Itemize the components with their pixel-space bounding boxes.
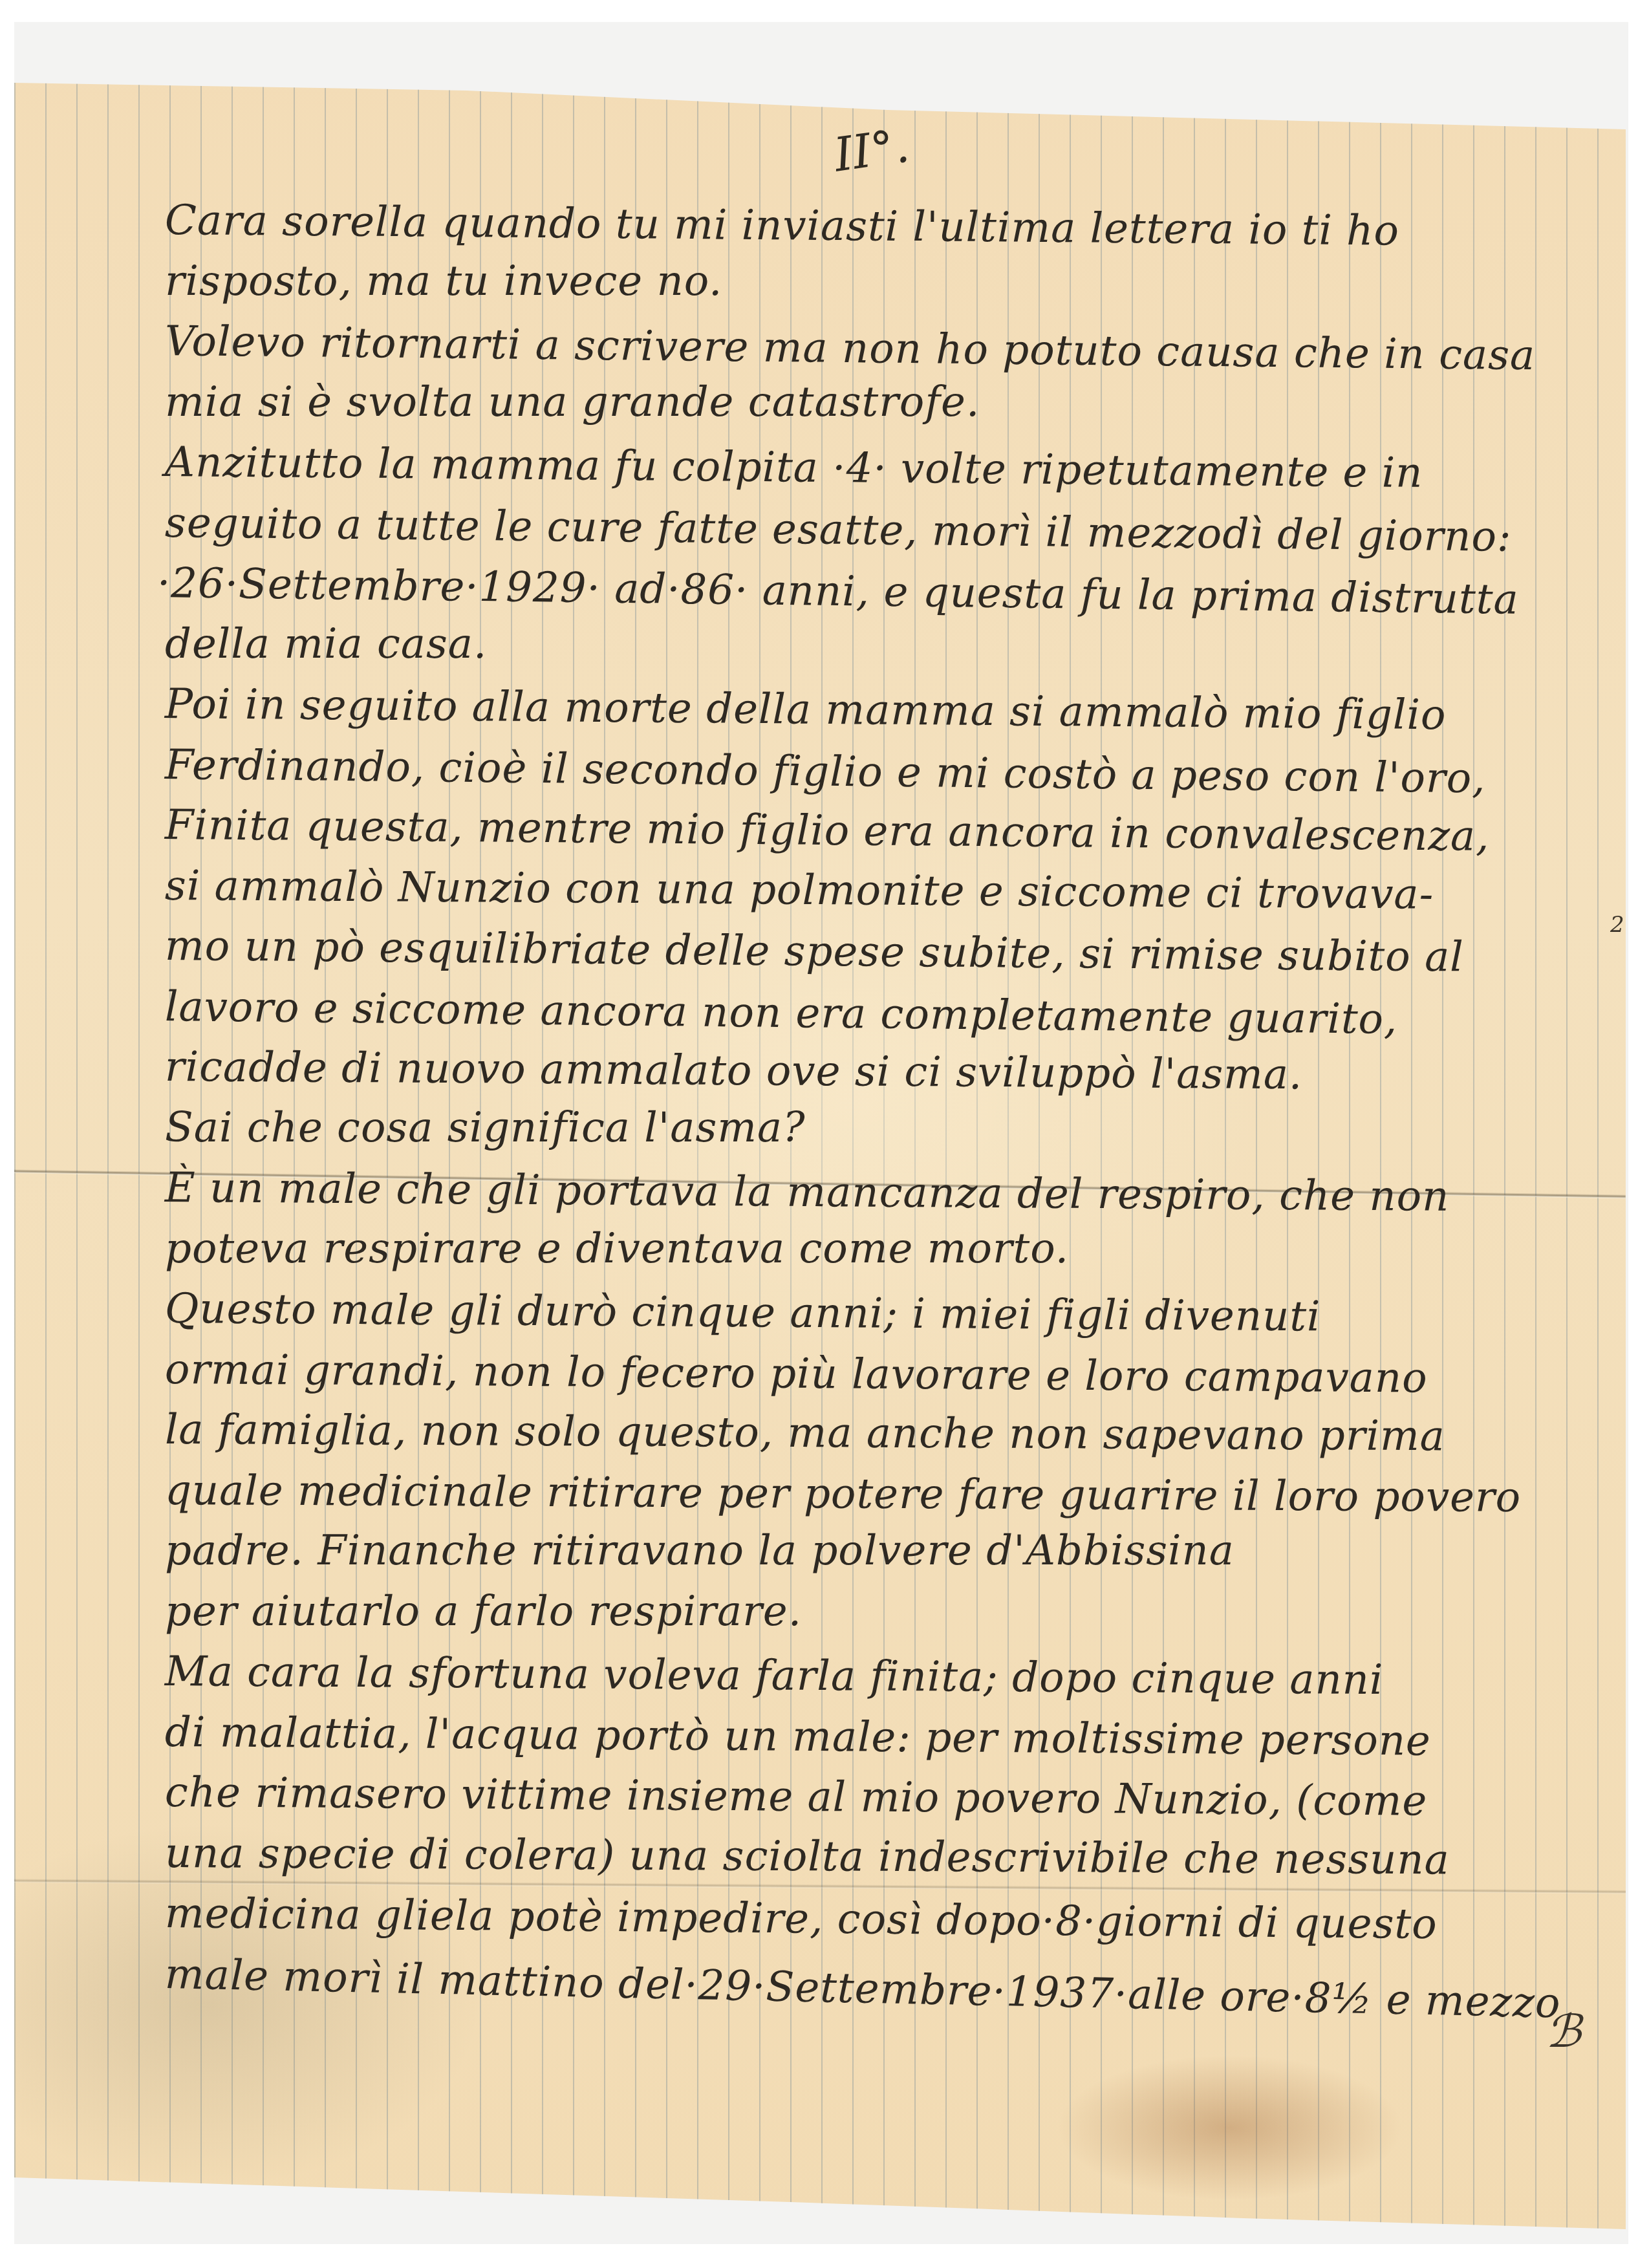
letter-line: la famiglia, non solo questo, ma anche n… (165, 1400, 1626, 1468)
letter-line: quale medicinale ritirare per potere far… (165, 1461, 1626, 1529)
letter-line: si ammalò Nunzio con una polmonite e sic… (165, 856, 1627, 927)
letter-line: che rimasero vittime insieme al mio pove… (165, 1763, 1627, 1833)
letter-line: Anzitutto la mamma fu colpita ·4· volte … (165, 433, 1627, 506)
letter-line: Questo male gli durò cinque anni; i miei… (165, 1279, 1627, 1350)
page-number: II°. (831, 118, 912, 182)
letter-line: medicina gliela potè impedire, così dopo… (165, 1884, 1627, 1957)
letter-body: Cara sorella quando tu mi inviasti l'ult… (165, 191, 1626, 2005)
letter-line: Sai che cosa significa l'asma? (165, 1098, 1626, 1159)
letter-line: di malattia, l'acqua portò un male: per … (165, 1703, 1627, 1773)
letter-line: ricadde di nuovo ammalato ove si ci svil… (165, 1037, 1627, 1108)
letter-line: Poi in seguito alla morte della mamma si… (165, 675, 1627, 748)
letter-line: una specie di colera) una sciolta indesc… (165, 1824, 1626, 1892)
letter-line: per aiutarlo a farlo respirare. (165, 1582, 1626, 1643)
letter-line: mo un pò esquilibriate delle spese subit… (165, 916, 1627, 989)
signature-flourish: ℬ (1546, 2005, 1581, 2058)
letter-line: Ma cara la sfortuna voleva farla finita;… (165, 1642, 1627, 1712)
letter-line: padre. Finanche ritiravano la polvere d'… (165, 1521, 1626, 1582)
letter-line: poteva respirare e diventava come morto. (165, 1219, 1626, 1280)
letter-line: È un male che gli portava la mancanza de… (165, 1158, 1627, 1229)
letter-line: Cara sorella quando tu mi inviasti l'ult… (165, 191, 1627, 264)
letter-line: ormai grandi, non lo fecero più lavorare… (165, 1340, 1627, 1410)
